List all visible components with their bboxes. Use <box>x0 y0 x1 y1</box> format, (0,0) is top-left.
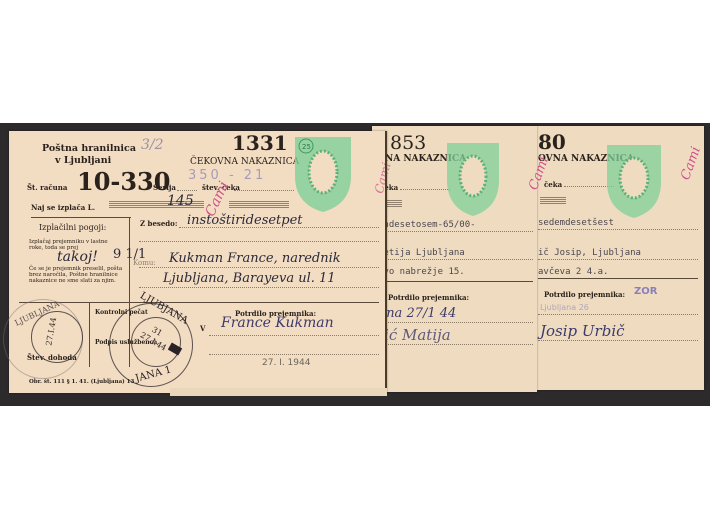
recipient-line-2: ovo nabrežje 15. <box>378 267 465 277</box>
receipt-signature: tić Matija <box>378 326 451 344</box>
recipient-line-2: avčeva 2 4.a. <box>538 267 608 277</box>
recipient-line-2: Ljubljana, Barayeva ul. 11 <box>163 271 336 286</box>
receipt-label: Potrdilo prejemnika: <box>544 290 625 299</box>
form-number: 1331 <box>232 131 288 155</box>
payment-order-slip-1: Poštna hranilnica v Ljubljani 3/2 1331 Č… <box>9 131 387 393</box>
receipt-prefix: V <box>200 324 205 333</box>
recipient-label: Komu: <box>133 259 156 267</box>
recipient-line-1: tetija Ljubljana <box>378 248 465 258</box>
words-label: Z besedo: <box>140 219 177 228</box>
account-label: Št. računa <box>27 183 67 192</box>
recipient-line-1: Kukman France, narednik <box>169 251 341 266</box>
footer-print: Obr. št. 111 § 1. 41. (Ljubljana) 13 <box>29 379 134 385</box>
amount-words: instoštiridesetpet <box>187 213 303 228</box>
series-label: Serija <box>153 183 176 192</box>
amount: 145 <box>167 193 194 209</box>
form-title: ČEKOVNA NAKAZNICA <box>190 157 299 167</box>
conditions-handwritten: takoj! <box>57 249 98 265</box>
institution-city: v Ljubljani <box>55 155 111 166</box>
receipt-place: Ljubljana 26 <box>540 303 589 312</box>
cheque-label: čeka <box>544 180 562 189</box>
pink-signature: Cami <box>678 145 704 182</box>
pay-label: Naj se izplača L. <box>31 203 95 212</box>
postage-stamp-icon <box>604 142 664 220</box>
receipt-signature: France Kukman <box>221 315 334 331</box>
receipt-signature: Josip Urbič <box>540 322 625 340</box>
form-number: 853 <box>390 132 426 154</box>
payment-order-slip-3: 80 OVNA NAKAZNICA čeka sedemdesetšest ič… <box>534 126 704 390</box>
receipt-date: 27. I. 1944 <box>262 358 310 368</box>
postage-stamp-icon <box>444 140 502 218</box>
paper-strip <box>170 388 387 396</box>
institution-name: Poštna hranilnica <box>42 143 136 154</box>
svg-text:25: 25 <box>302 143 311 151</box>
serial-stamp: 350 - 21 <box>188 168 266 183</box>
amount-words: endesetosem-65/00- <box>378 220 476 230</box>
amount-words: sedemdesetšest <box>538 218 614 228</box>
postage-stamp-icon: 25 <box>292 134 354 214</box>
form-number: 80 <box>538 130 566 154</box>
receipt-date: ljna 27/1 44 <box>378 306 456 321</box>
receipt-label: Potrdilo prejemnika: <box>388 293 469 302</box>
pencil-note: 3/2 <box>141 137 164 153</box>
conditions-text-2: Če se je prejemnik preselil, pošta brez … <box>29 266 123 284</box>
recipient-line-1: ič Josip, Ljubljana <box>538 248 641 258</box>
receipt-stamp: ZOR <box>634 286 657 297</box>
payment-order-slip-2: 853 VNA NAKAZNICA čeka endesetosem-65/00… <box>372 126 537 392</box>
conditions-title: Izplačilni pogoji: <box>39 223 106 232</box>
